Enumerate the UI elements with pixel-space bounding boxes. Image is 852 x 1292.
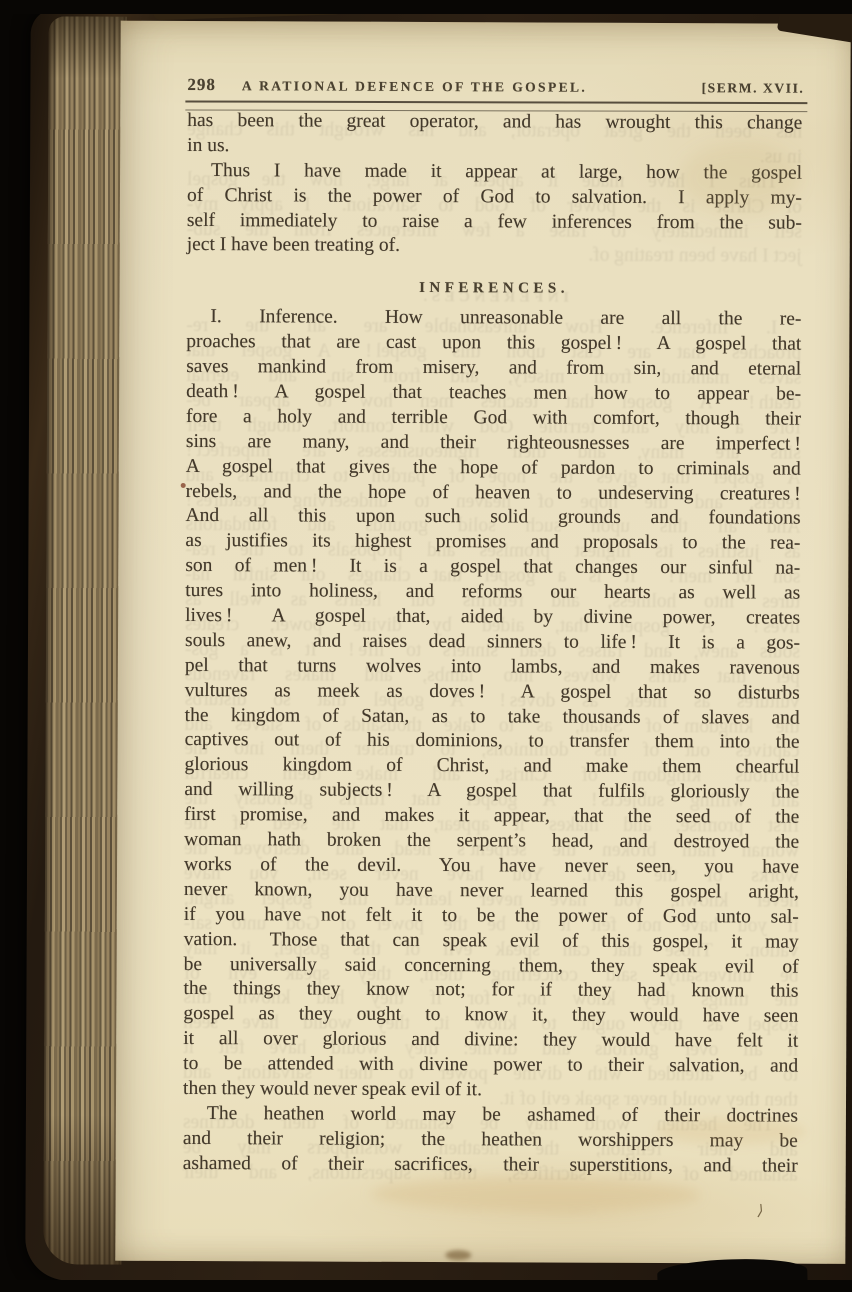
text-line: captives out of his dominions, to transf… xyxy=(185,728,800,756)
text-line: ashamed of their sacrifices, their super… xyxy=(183,1152,798,1180)
text-line: and willing subjects ! A gospel that ful… xyxy=(184,778,799,806)
body-text: has been the great operator, and has wro… xyxy=(183,109,803,1179)
text-line: lives ! A gospel that, aided by divine p… xyxy=(185,604,800,632)
text-line: to be attended with divine power to thei… xyxy=(183,1052,798,1080)
photo-frame-top xyxy=(0,0,852,14)
text-line: of Christ is the power of God to salvati… xyxy=(187,184,802,212)
text-line: self immediately to raise a few inferenc… xyxy=(187,209,802,237)
text-line: never known, you have never learned this… xyxy=(184,878,799,906)
text-line: works of the devil. You have never seen,… xyxy=(184,853,799,881)
text-line: and their religion; the heathen worshipp… xyxy=(183,1127,798,1155)
text-line: And all this upon such solid grounds and… xyxy=(186,504,801,532)
text-line: A gospel that gives the hope of pardon t… xyxy=(186,455,801,483)
running-title: A RATIONAL DEFENCE OF THE GOSPEL. xyxy=(242,78,587,96)
text-line: fore a holy and terrible God with comfor… xyxy=(186,405,801,433)
ink-speck xyxy=(181,483,186,488)
photo-scene: 298 A RATIONAL DEFENCE OF THE GOSPEL. [S… xyxy=(0,0,852,1292)
book: 298 A RATIONAL DEFENCE OF THE GOSPEL. [S… xyxy=(0,0,852,1292)
photo-frame-bottom xyxy=(0,1280,852,1292)
text-line: gospel as they ought to know it, they wo… xyxy=(183,1002,798,1030)
text-line: pel that turns wolves into lambs, and ma… xyxy=(185,654,800,682)
stray-pen-mark: ⟩ xyxy=(756,1201,766,1221)
text-line: proaches that are cast upon this gospel … xyxy=(186,330,801,358)
text-line: in us. xyxy=(187,134,802,162)
text-line: first promise, and makes it appear, that… xyxy=(184,803,799,831)
text-line: be universally said concerning them, the… xyxy=(184,952,799,980)
text-line: vultures as meek as doves ! A gospel tha… xyxy=(185,679,800,707)
text-line: if you have not felt it to be the power … xyxy=(184,903,799,931)
text-line: I. Inference. How unreasonable are all t… xyxy=(186,305,801,333)
text-line: The heathen world may be ashamed of thei… xyxy=(183,1102,798,1130)
text-line: souls anew, and raises dead sinners to l… xyxy=(185,629,800,657)
text-line: Thus I have made it appear at large, how… xyxy=(187,159,802,187)
text-line: then they would never speak evil of it. xyxy=(183,1077,798,1105)
text-line: woman hath broken the serpent’s head, an… xyxy=(184,828,799,856)
text-line: as justifies its highest promises and pr… xyxy=(185,529,800,557)
text-line: it all over glorious and divine: they wo… xyxy=(183,1027,798,1055)
page-edges-stack xyxy=(43,16,126,1264)
text-line: death ! A gospel that teaches men how to… xyxy=(186,380,801,408)
text-line: sins are many, and their righteousnesses… xyxy=(186,430,801,458)
text-line: saves mankind from misery, and from sin,… xyxy=(186,355,801,383)
text-line: rebels, and the hope of heaven to undese… xyxy=(186,480,801,508)
page-header: 298 A RATIONAL DEFENCE OF THE GOSPEL. [S… xyxy=(187,75,804,98)
text-line: glorious kingdom of Christ, and make the… xyxy=(184,753,799,781)
text-line: the kingdom of Satan, as to take thousan… xyxy=(185,704,800,732)
text-line: tures into holiness, and reforms our hea… xyxy=(185,579,800,607)
text-line: vation. Those that can speak evil of thi… xyxy=(184,928,799,956)
inferences-heading: INFERENCES. xyxy=(186,258,801,308)
book-page: 298 A RATIONAL DEFENCE OF THE GOSPEL. [S… xyxy=(115,21,850,1264)
text-line: the things they know not; for if they ha… xyxy=(183,977,798,1005)
text-line: ject I have been treating of. xyxy=(187,233,802,261)
page-number: 298 xyxy=(187,75,216,95)
section-marker: [SERM. XVII. xyxy=(702,80,805,96)
text-line: has been the great operator, and has wro… xyxy=(187,109,802,137)
text-line: son of men ! It is a gospel that changes… xyxy=(185,554,800,582)
edge-stain xyxy=(445,1250,471,1260)
